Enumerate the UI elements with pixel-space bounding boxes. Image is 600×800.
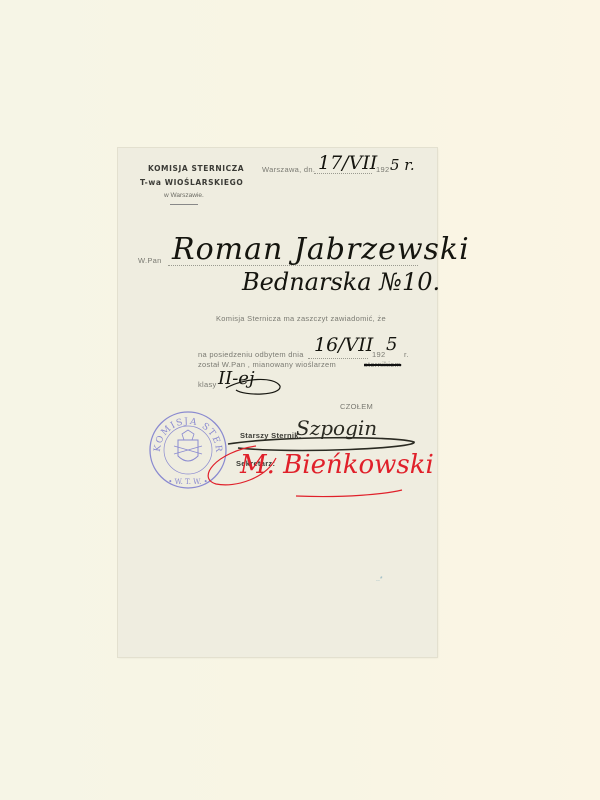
body-line-4-prefix: klasy — [198, 380, 217, 389]
date-year-printed: 192 — [376, 165, 389, 174]
date-handwritten: 17/VII — [318, 152, 377, 174]
closing: CZOŁEM — [340, 402, 373, 411]
body-year-printed: 192 — [372, 350, 385, 359]
body-line-2-prefix: na posiedzeniu odbytem dnia — [198, 350, 304, 359]
header-city: w Warszawie. — [164, 192, 204, 199]
body-handwritten-date: 16/VII — [314, 334, 373, 356]
body-date-line — [308, 358, 368, 359]
recipient-name: Roman Jabrzewski — [172, 232, 470, 267]
body-line-1: Komisja Sternicza ma zaszczyt zawiadomić… — [216, 314, 386, 323]
header-society: T-wa WIOŚLARSKIEGO — [140, 178, 243, 187]
body-struck-word: sternikiem — [364, 360, 401, 369]
secretary-signature-flourish — [196, 438, 416, 508]
date-place-label: Warszawa, dn. — [262, 165, 315, 174]
class-flourish — [224, 374, 284, 398]
header-committee: KOMISJA STERNICZA — [148, 164, 244, 173]
letter-paper: KOMISJA STERNICZA T-wa WIOŚLARSKIEGO w W… — [118, 148, 437, 657]
date-year-handwritten: 5 r. — [390, 156, 415, 174]
recipient-salutation: W.Pan — [138, 256, 162, 265]
body-year-handwritten: 5 — [386, 334, 397, 355]
body-year-suffix: r. — [404, 350, 409, 359]
pencil-mark: ..* — [376, 576, 383, 583]
header-divider — [170, 204, 198, 205]
recipient-address: Bednarska №10. — [242, 268, 440, 296]
